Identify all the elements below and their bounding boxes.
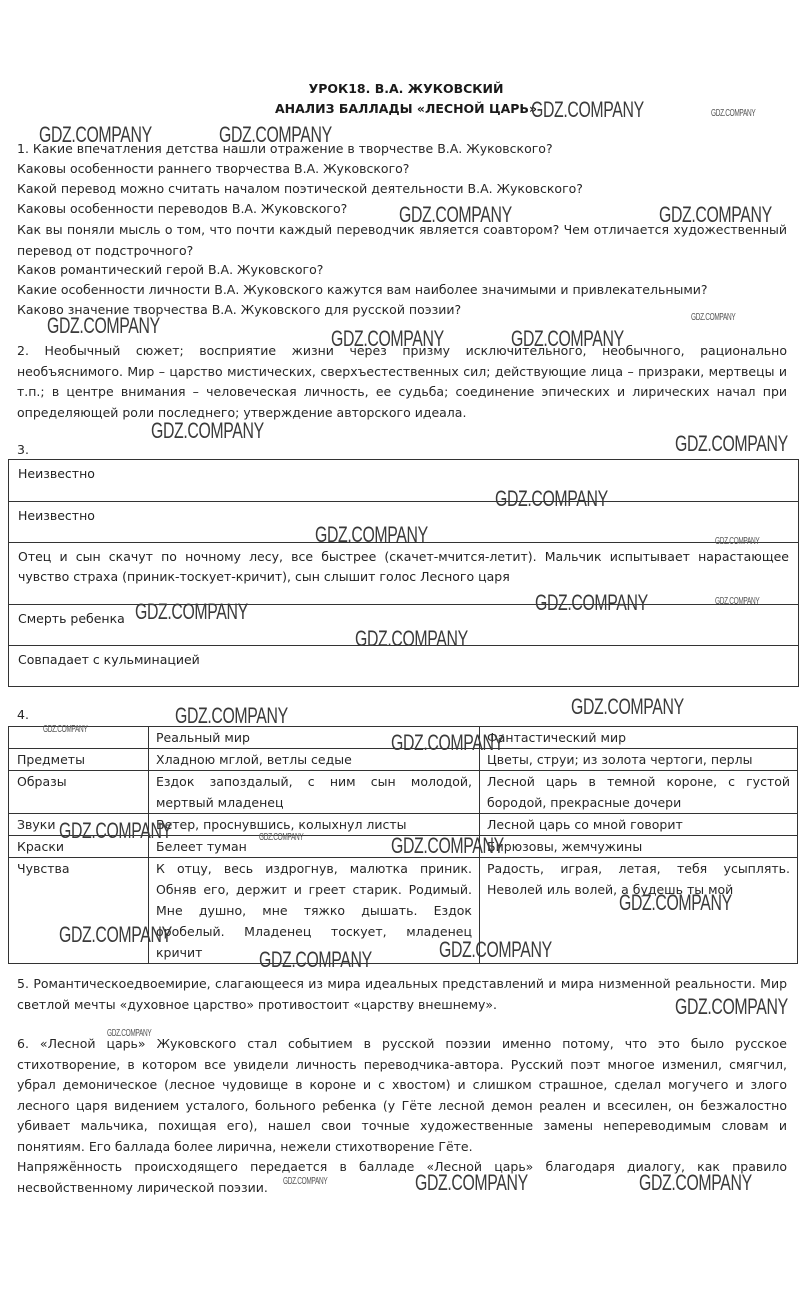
- watermark: GDZ.COMPANY: [219, 122, 332, 148]
- watermark: GDZ.COMPANY: [619, 890, 732, 916]
- watermark: GDZ.COMPANY: [135, 599, 248, 625]
- section-4-number: 4.: [17, 707, 29, 722]
- watermark: GDZ.COMPANY: [151, 418, 264, 444]
- watermark: GDZ.COMPANY: [659, 202, 772, 228]
- watermark: GDZ.COMPANY: [47, 313, 160, 339]
- watermark: GDZ.COMPANY: [715, 596, 759, 607]
- watermark: GDZ.COMPANY: [439, 937, 552, 963]
- watermark: GDZ.COMPANY: [511, 326, 624, 352]
- lesson-subtitle: АНАЛИЗ БАЛЛАДЫ «ЛЕСНОЙ ЦАРЬ»: [0, 101, 812, 116]
- watermark: GDZ.COMPANY: [675, 994, 788, 1020]
- plot-row: Отец и сын скачут по ночному лесу, все б…: [9, 542, 798, 604]
- answer-2: 2. Необычный сюжет; восприятие жизни чер…: [17, 341, 787, 423]
- question-4: Каковы особенности переводов В.А. Жуковс…: [17, 201, 347, 216]
- question-2: Каковы особенности раннего творчества В.…: [17, 161, 409, 176]
- watermark: GDZ.COMPANY: [535, 590, 648, 616]
- watermark: GDZ.COMPANY: [59, 922, 172, 948]
- watermark: GDZ.COMPANY: [59, 818, 172, 844]
- table-cell: Цветы, струи; из золота чертоги, перлы: [480, 749, 798, 771]
- watermark: GDZ.COMPANY: [259, 947, 372, 973]
- question-7: Какие особенности личности В.А. Жуковско…: [17, 282, 708, 297]
- plot-row: Неизвестно: [9, 460, 798, 501]
- watermark: GDZ.COMPANY: [495, 486, 608, 512]
- watermark: GDZ.COMPANY: [531, 97, 644, 123]
- answer-5: 5. Романтическоедвоемирие, слагающееся и…: [17, 974, 787, 1015]
- watermark: GDZ.COMPANY: [415, 1170, 528, 1196]
- table-cell: Образы: [9, 771, 149, 814]
- watermark: GDZ.COMPANY: [639, 1170, 752, 1196]
- lesson-title: УРОК18. В.А. ЖУКОВСКИЙ: [0, 81, 812, 96]
- watermark: GDZ.COMPANY: [315, 522, 428, 548]
- watermark: GDZ.COMPANY: [691, 312, 735, 323]
- section-3-number: 3.: [17, 442, 29, 457]
- watermark: GDZ.COMPANY: [675, 431, 788, 457]
- table-header-cell: Фантастический мир: [480, 727, 798, 749]
- table-cell: Предметы: [9, 749, 149, 771]
- watermark: GDZ.COMPANY: [39, 122, 152, 148]
- watermark: GDZ.COMPANY: [43, 724, 87, 735]
- watermark: GDZ.COMPANY: [283, 1176, 327, 1187]
- watermark: GDZ.COMPANY: [175, 703, 288, 729]
- watermark: GDZ.COMPANY: [107, 1028, 151, 1039]
- watermark: GDZ.COMPANY: [711, 108, 755, 119]
- question-6: Каков романтический герой В.А. Жуковског…: [17, 262, 323, 277]
- table-cell: Лесной царь в темной короне, с густой бо…: [480, 771, 798, 814]
- watermark: GDZ.COMPANY: [571, 694, 684, 720]
- table-cell: Бирюзовы, жемчужины: [480, 836, 798, 858]
- watermark: GDZ.COMPANY: [259, 832, 303, 843]
- plot-table: Неизвестно Неизвестно Отец и сын скачут …: [8, 459, 799, 687]
- table-cell: Лесной царь со мной говорит: [480, 814, 798, 836]
- table-cell: Ездок запоздалый, с ним сын молодой, мер…: [149, 771, 480, 814]
- watermark: GDZ.COMPANY: [355, 626, 468, 652]
- question-3: Какой перевод можно считать началом поэт…: [17, 181, 583, 196]
- watermark: GDZ.COMPANY: [391, 833, 504, 859]
- watermark: GDZ.COMPANY: [399, 202, 512, 228]
- watermark: GDZ.COMPANY: [391, 730, 504, 756]
- document-page: УРОК18. В.А. ЖУКОВСКИЙ АНАЛИЗ БАЛЛАДЫ «Л…: [0, 0, 812, 1298]
- table-row: Образы Ездок запоздалый, с ним сын молод…: [9, 771, 798, 814]
- answer-6: 6. «Лесной царь» Жуковского стал событие…: [17, 1034, 787, 1157]
- watermark: GDZ.COMPANY: [331, 326, 444, 352]
- watermark: GDZ.COMPANY: [715, 536, 759, 547]
